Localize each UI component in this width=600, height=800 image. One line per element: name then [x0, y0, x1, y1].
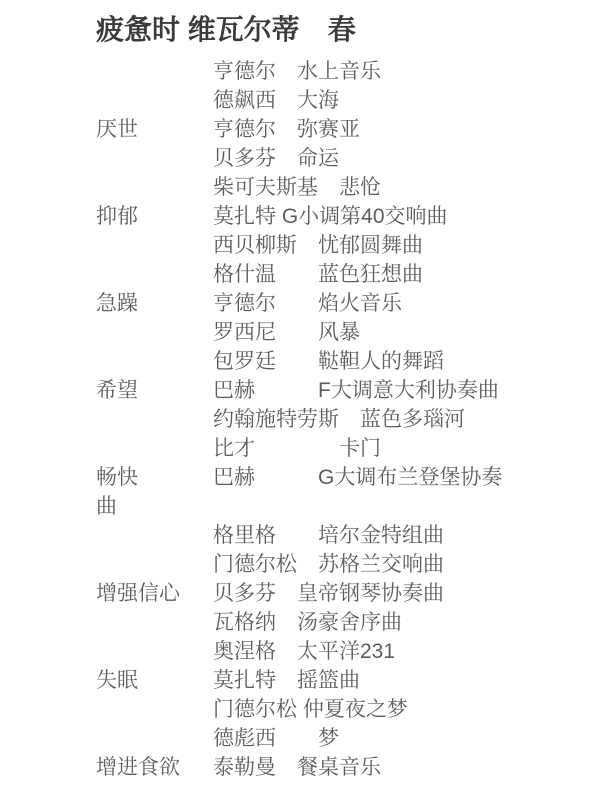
- entry-text: 门德尔松 仲夏夜之梦: [213, 695, 408, 724]
- mood-label: 增进食欲: [96, 753, 213, 782]
- text-line: 德彪西 梦: [96, 724, 520, 753]
- text-line: 格里格 培尔金特组曲: [96, 521, 520, 550]
- text-line: 西贝柳斯 忧郁圆舞曲: [96, 231, 520, 260]
- text-line: 包罗廷 鞑靼人的舞蹈: [96, 347, 520, 376]
- entry-text: 莫扎特 G小调第40交响曲: [213, 202, 448, 231]
- mood-label: 增强信心: [96, 579, 213, 608]
- entry-text: 罗西尼 风暴: [213, 318, 360, 347]
- text-line: 增进食欲泰勒曼 餐桌音乐: [96, 753, 520, 782]
- page-title: 疲惫时 维瓦尔蒂 春: [96, 12, 520, 48]
- entry-text: 奥涅格 太平洋231: [213, 637, 395, 666]
- entry-text: 格里格 培尔金特组曲: [213, 521, 444, 550]
- text-line: 抑郁莫扎特 G小调第40交响曲: [96, 202, 520, 231]
- text-line: 罗西尼 风暴: [96, 318, 520, 347]
- text-line: 比才 卡门: [96, 434, 520, 463]
- text-line: 德飙西 大海: [96, 86, 520, 115]
- entry-text: 巴赫 F大调意大利协奏曲: [213, 376, 499, 405]
- entry-text: 亨德尔 水上音乐: [213, 57, 381, 86]
- entry-text: 巴赫 G大调布兰登堡协奏: [213, 463, 502, 492]
- entry-text: 德飙西 大海: [213, 86, 339, 115]
- document-body: 亨德尔 水上音乐德飙西 大海厌世亨德尔 弥赛亚贝多芬 命运柴可夫斯基 悲怆抑郁莫…: [96, 57, 520, 782]
- entry-text: 包罗廷 鞑靼人的舞蹈: [213, 347, 444, 376]
- text-line: 奥涅格 太平洋231: [96, 637, 520, 666]
- text-line: 增强信心贝多芬 皇帝钢琴协奏曲: [96, 579, 520, 608]
- entry-text: 德彪西 梦: [213, 724, 339, 753]
- mood-label: 抑郁: [96, 202, 213, 231]
- entry-text: 比才 卡门: [213, 434, 381, 463]
- text-line: 格什温 蓝色狂想曲: [96, 260, 520, 289]
- entry-text: 约翰施特劳斯 蓝色多瑙河: [213, 405, 465, 434]
- entry-text: 西贝柳斯 忧郁圆舞曲: [213, 231, 423, 260]
- text-line: 希望巴赫 F大调意大利协奏曲: [96, 376, 520, 405]
- entry-text: 瓦格纳 汤豪舍序曲: [213, 608, 402, 637]
- text-line: 曲: [96, 492, 520, 521]
- mood-label: 曲: [96, 492, 213, 521]
- mood-label: 失眠: [96, 666, 213, 695]
- entry-text: 门德尔松 苏格兰交响曲: [213, 550, 444, 579]
- text-line: 失眠莫扎特 摇篮曲: [96, 666, 520, 695]
- mood-label: 畅快: [96, 463, 213, 492]
- text-line: 畅快巴赫 G大调布兰登堡协奏: [96, 463, 520, 492]
- text-line: 门德尔松 仲夏夜之梦: [96, 695, 520, 724]
- entry-text: 格什温 蓝色狂想曲: [213, 260, 423, 289]
- text-line: 约翰施特劳斯 蓝色多瑙河: [96, 405, 520, 434]
- text-line: 厌世亨德尔 弥赛亚: [96, 115, 520, 144]
- entry-text: 贝多芬 皇帝钢琴协奏曲: [213, 579, 444, 608]
- text-line: 贝多芬 命运: [96, 144, 520, 173]
- entry-text: 莫扎特 摇篮曲: [213, 666, 360, 695]
- entry-text: 亨德尔 焰火音乐: [213, 289, 402, 318]
- mood-label: 厌世: [96, 115, 213, 144]
- text-line: 柴可夫斯基 悲怆: [96, 173, 520, 202]
- entry-text: 贝多芬 命运: [213, 144, 339, 173]
- text-line: 急躁亨德尔 焰火音乐: [96, 289, 520, 318]
- entry-text: 柴可夫斯基 悲怆: [213, 173, 381, 202]
- text-line: 亨德尔 水上音乐: [96, 57, 520, 86]
- mood-label: 希望: [96, 376, 213, 405]
- entry-text: 泰勒曼 餐桌音乐: [213, 753, 381, 782]
- mood-label: 急躁: [96, 289, 213, 318]
- entry-text: 亨德尔 弥赛亚: [213, 115, 360, 144]
- document-page: 疲惫时 维瓦尔蒂 春 亨德尔 水上音乐德飙西 大海厌世亨德尔 弥赛亚贝多芬 命运…: [0, 0, 600, 800]
- text-line: 门德尔松 苏格兰交响曲: [96, 550, 520, 579]
- text-line: 瓦格纳 汤豪舍序曲: [96, 608, 520, 637]
